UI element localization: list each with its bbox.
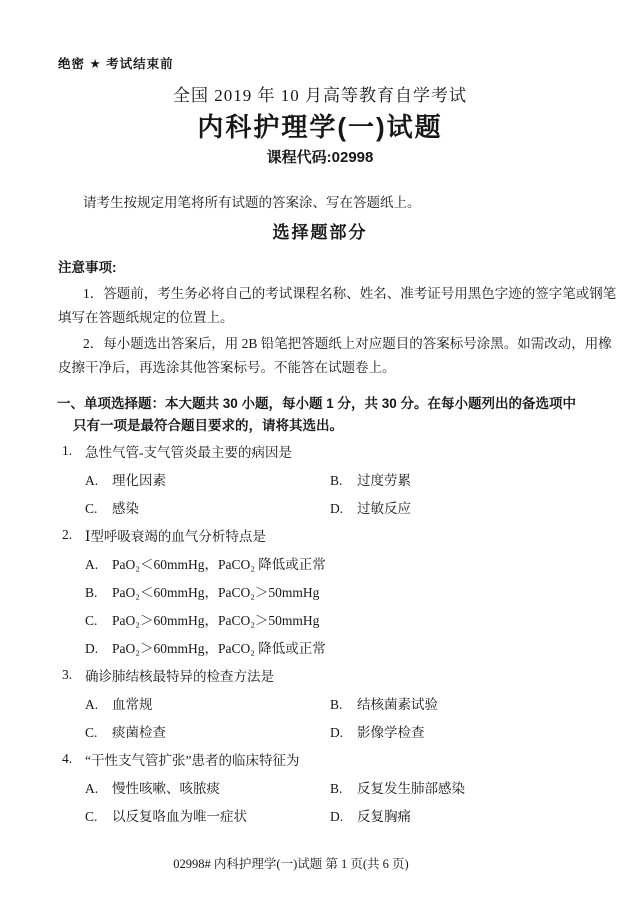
option-text: PaO₂＜60mmHg，PaCO₂＞50mmHg	[112, 581, 319, 601]
option-text: 影像学检查	[357, 721, 425, 741]
option-text: 过度劳累	[357, 469, 411, 489]
note-line: 皮擦干净后，再选涂其他答案标号。不能答在试题卷上。	[58, 356, 620, 380]
option-b: B. PaO₂＜60mmHg，PaCO₂＞50mmHg	[85, 581, 319, 601]
part-header-line: 只有一项是最符合题目要求的，请将其选出。	[57, 415, 600, 437]
note-item-1: 1．答题前，考生务必将自己的考试课程名称、姓名、准考证号用黑色字迹的签字笔或钢笔…	[58, 282, 620, 330]
question-stem-text: 确诊肺结核最特异的检查方法是	[85, 665, 274, 685]
option-label: C.	[85, 501, 112, 517]
part-header-line: 一、 单项选择题：本大题共 30 小题，每小题 1 分，共 30 分。在每小题列…	[57, 393, 600, 415]
question-stem: 2. Ⅰ型呼吸衰竭的血气分析特点是	[0, 521, 640, 549]
option-d: D. 影像学检查	[330, 721, 425, 741]
option-row: C. 以反复咯血为唯一症状 D. 反复胸痛	[0, 801, 640, 829]
option-b: B. 反复发生肺部感染	[330, 777, 465, 797]
option-d: D. 反复胸痛	[330, 805, 411, 825]
option-row: D. PaO₂＞60mmHg，PaCO₂ 降低或正常	[0, 633, 640, 661]
option-row: A. 血常规 B. 结核菌素试验	[0, 689, 640, 717]
option-text: 反复胸痛	[357, 805, 411, 825]
option-a: A. 血常规	[85, 693, 330, 713]
question-number: 1.	[62, 443, 85, 459]
question-2: 2. Ⅰ型呼吸衰竭的血气分析特点是 A. PaO₂＜60mmHg，PaCO₂ 降…	[0, 521, 640, 661]
option-label: B.	[85, 585, 112, 601]
option-text: PaO₂＞60mmHg，PaCO₂＞50mmHg	[112, 609, 319, 629]
question-number: 2.	[62, 527, 85, 543]
option-a: A. 理化因素	[85, 469, 330, 489]
part-header-text: 单项选择题：本大题共 30 小题，每小题 1 分，共 30 分。在每小题列出的备…	[84, 393, 576, 415]
exam-paper-page: 绝密 ★ 考试结束前 全国 2019 年 10 月高等教育自学考试 内科护理学(…	[0, 0, 640, 921]
option-d: D. PaO₂＞60mmHg，PaCO₂ 降低或正常	[85, 637, 326, 657]
question-stem-text: 急性气管-支气管炎最主要的病因是	[85, 441, 292, 461]
option-b: B. 过度劳累	[330, 469, 411, 489]
option-label: B.	[330, 473, 357, 489]
option-text: 理化因素	[112, 469, 166, 489]
paper-title: 内科护理学(一)试题	[0, 110, 640, 144]
option-label: A.	[85, 781, 112, 797]
question-number: 4.	[62, 751, 85, 767]
option-label: A.	[85, 473, 112, 489]
answer-sheet-notice: 请考生按规定用笔将所有试题的答案涂、写在答题纸上。	[58, 193, 616, 212]
option-label: B.	[330, 697, 357, 713]
option-text: 以反复咯血为唯一症状	[112, 805, 247, 825]
note-line: 填写在答题纸规定的位置上。	[58, 306, 620, 330]
question-stem: 1. 急性气管-支气管炎最主要的病因是	[0, 437, 640, 465]
option-row: C. PaO₂＞60mmHg，PaCO₂＞50mmHg	[0, 605, 640, 633]
option-b: B. 结核菌素试验	[330, 693, 438, 713]
option-row: C. 感染 D. 过敏反应	[0, 493, 640, 521]
option-text: PaO₂＞60mmHg，PaCO₂ 降低或正常	[112, 637, 326, 657]
option-text: 血常规	[112, 693, 153, 713]
option-row: A. 慢性咳嗽、咳脓痰 B. 反复发生肺部感染	[0, 773, 640, 801]
option-label: C.	[85, 725, 112, 741]
option-c: C. 痰菌检查	[85, 721, 330, 741]
option-row: A. 理化因素 B. 过度劳累	[0, 465, 640, 493]
page-footer: 02998# 内科护理学(一)试题 第 1 页(共 6 页)	[0, 856, 582, 873]
question-1: 1. 急性气管-支气管炎最主要的病因是 A. 理化因素 B. 过度劳累 C. 感…	[0, 437, 640, 521]
part-number-label: 一、	[57, 393, 84, 415]
part-one-header: 一、 单项选择题：本大题共 30 小题，每小题 1 分，共 30 分。在每小题列…	[57, 393, 600, 437]
option-label: D.	[85, 641, 112, 657]
option-row: C. 痰菌检查 D. 影像学检查	[0, 717, 640, 745]
note-item-2: 2．每小题选出答案后，用 2B 铅笔把答题纸上对应题目的答案标号涂黑。如需改动，…	[58, 332, 620, 380]
notes-title: 注意事项:	[58, 258, 616, 277]
option-c: C. PaO₂＞60mmHg，PaCO₂＞50mmHg	[85, 609, 319, 629]
option-label: D.	[330, 725, 357, 741]
course-code: 课程代码:02998	[0, 148, 640, 168]
note-line: 2．每小题选出答案后，用 2B 铅笔把答题纸上对应题目的答案标号涂黑。如需改动，…	[58, 332, 620, 356]
question-list: 1. 急性气管-支气管炎最主要的病因是 A. 理化因素 B. 过度劳累 C. 感…	[0, 437, 640, 829]
question-3: 3. 确诊肺结核最特异的检查方法是 A. 血常规 B. 结核菌素试验 C. 痰菌…	[0, 661, 640, 745]
question-stem-text: Ⅰ型呼吸衰竭的血气分析特点是	[85, 525, 266, 545]
exam-title: 全国 2019 年 10 月高等教育自学考试	[0, 84, 640, 107]
question-number: 3.	[62, 667, 85, 683]
question-stem: 3. 确诊肺结核最特异的检查方法是	[0, 661, 640, 689]
option-row: A. PaO₂＜60mmHg，PaCO₂ 降低或正常	[0, 549, 640, 577]
option-text: 感染	[112, 497, 139, 517]
option-text: 痰菌检查	[112, 721, 166, 741]
option-text: 过敏反应	[357, 497, 411, 517]
option-a: A. 慢性咳嗽、咳脓痰	[85, 777, 330, 797]
option-d: D. 过敏反应	[330, 497, 411, 517]
option-text: PaO₂＜60mmHg，PaCO₂ 降低或正常	[112, 553, 326, 573]
option-label: B.	[330, 781, 357, 797]
classification-banner: 绝密 ★ 考试结束前	[58, 56, 640, 73]
question-stem-text: “干性支气管扩张”患者的临床特征为	[85, 749, 299, 769]
option-label: D.	[330, 809, 357, 825]
option-c: C. 以反复咯血为唯一症状	[85, 805, 330, 825]
option-label: C.	[85, 613, 112, 629]
option-a: A. PaO₂＜60mmHg，PaCO₂ 降低或正常	[85, 553, 326, 573]
note-line: 1．答题前，考生务必将自己的考试课程名称、姓名、准考证号用黑色字迹的签字笔或钢笔	[58, 282, 620, 306]
question-4: 4. “干性支气管扩张”患者的临床特征为 A. 慢性咳嗽、咳脓痰 B. 反复发生…	[0, 745, 640, 829]
option-label: A.	[85, 697, 112, 713]
option-label: C.	[85, 809, 112, 825]
option-text: 结核菌素试验	[357, 693, 438, 713]
question-stem: 4. “干性支气管扩张”患者的临床特征为	[0, 745, 640, 773]
option-c: C. 感染	[85, 497, 330, 517]
option-label: D.	[330, 501, 357, 517]
option-row: B. PaO₂＜60mmHg，PaCO₂＞50mmHg	[0, 577, 640, 605]
section-title: 选择题部分	[0, 221, 640, 244]
option-text: 慢性咳嗽、咳脓痰	[112, 777, 220, 797]
option-text: 反复发生肺部感染	[357, 777, 465, 797]
option-label: A.	[85, 557, 112, 573]
